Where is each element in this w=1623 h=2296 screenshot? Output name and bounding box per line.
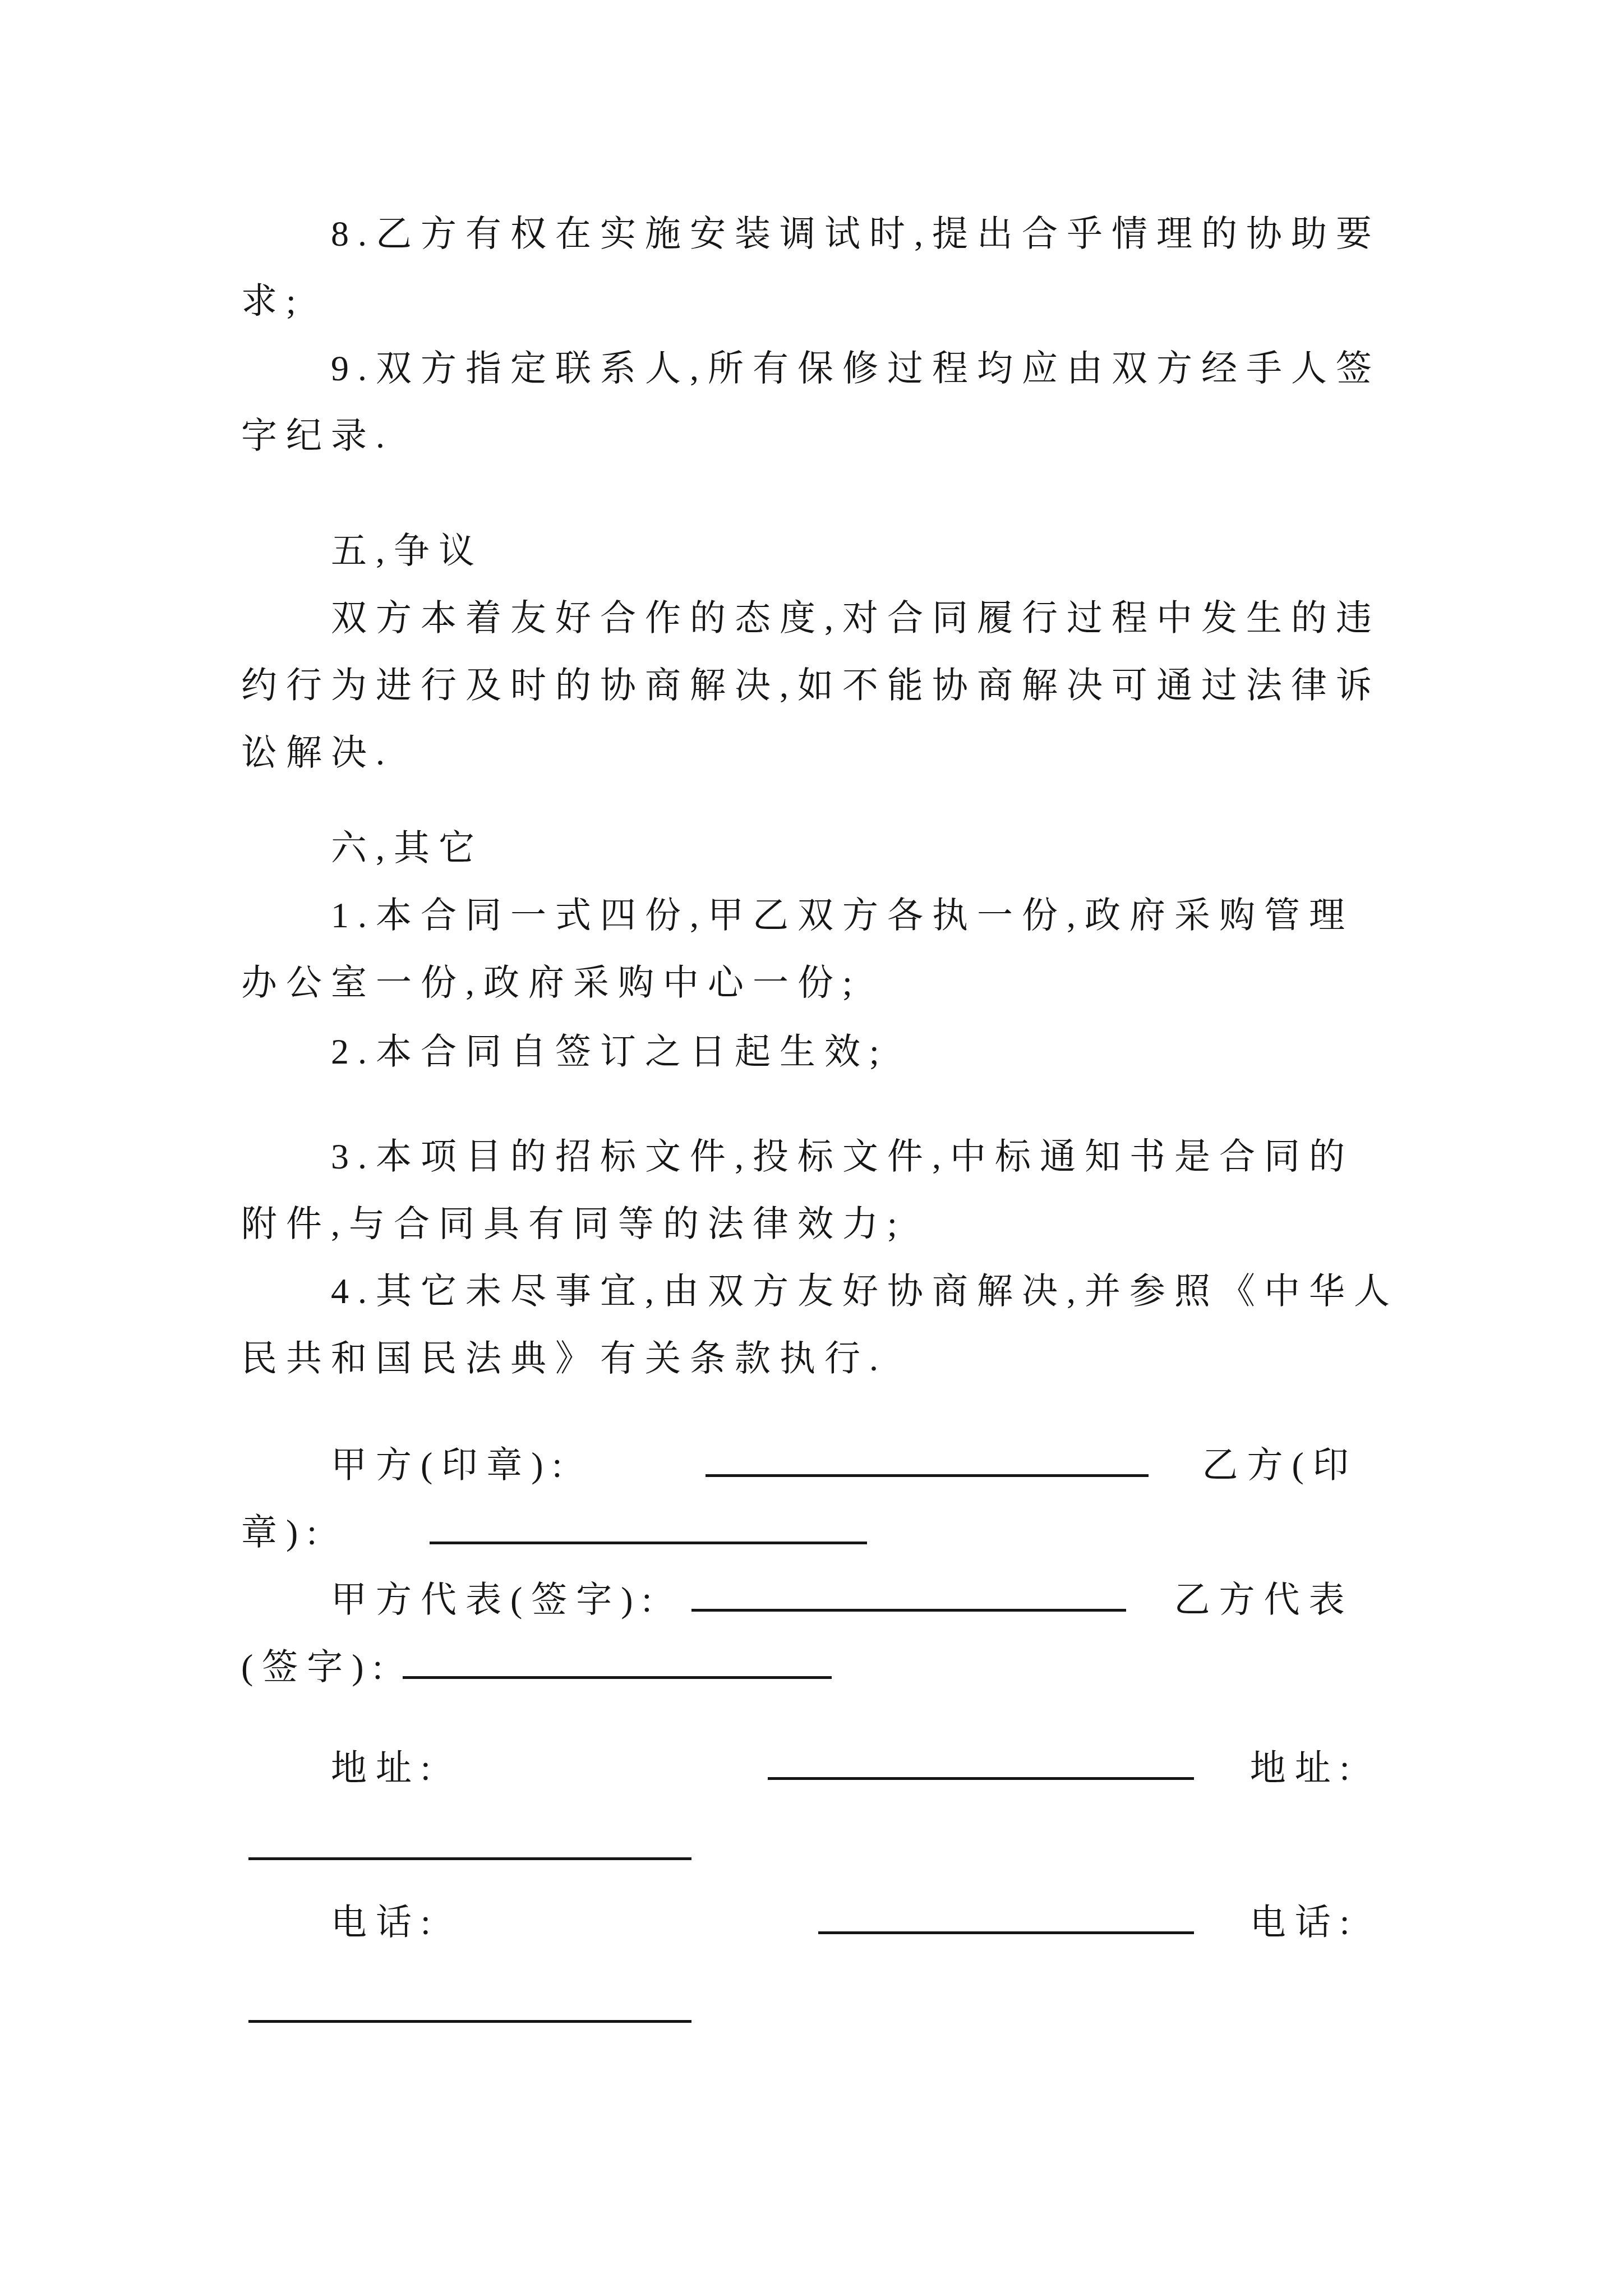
- dispute-para-line-3: 讼解决.: [241, 735, 394, 771]
- clause-8-line-2: 求;: [241, 283, 305, 319]
- party-b-seal-label-end: 章):: [241, 1512, 326, 1552]
- party-a-seal-label: 甲方(印章):: [331, 1445, 571, 1485]
- party-a-phone-blank: [818, 1931, 1194, 1934]
- clause-8-text-cont: 求;: [241, 281, 305, 321]
- spacer: [1126, 1611, 1174, 1612]
- dispute-para-line-1: 双方本着友好合作的态度,对合同履行过程中发生的违: [331, 600, 1381, 636]
- section-5-heading: 五,争议: [331, 533, 483, 569]
- party-b-representative-label-start: 乙方代表: [1174, 1580, 1353, 1619]
- party-b-address-label: 地址:: [1250, 1748, 1359, 1788]
- item-4-line-1: 4.其它未尽事宜,由双方友好协商解决,并参照《中华人: [331, 1273, 1399, 1309]
- party-b-representative-blank: [403, 1676, 832, 1679]
- clause-9-text-cont: 字纪录.: [241, 416, 394, 455]
- party-a-address-blank: [768, 1777, 1194, 1780]
- spacer: [661, 1611, 691, 1612]
- seal-row-line-1: 甲方(印章):乙方(印: [331, 1447, 1358, 1483]
- spacer: [1194, 1934, 1250, 1934]
- item-1-text: 1.本合同一式四份,甲乙双方各执一份,政府采购管理: [331, 895, 1354, 935]
- clause-8-line-1: 8.乙方有权在实施安装调试时,提出合乎情理的协助要: [331, 216, 1381, 252]
- party-a-address-label: 地址:: [331, 1748, 440, 1788]
- party-b-phone-blank-line: [248, 1993, 691, 2029]
- spacer: [571, 1476, 706, 1477]
- dispute-para-line-2: 约行为进行及时的协商解决,如不能协商解决可通过法律诉: [241, 668, 1381, 703]
- item-3-text: 3.本项目的招标文件,投标文件,中标通知书是合同的: [331, 1137, 1354, 1176]
- item-2-line: 2.本合同自签订之日起生效;: [331, 1034, 888, 1070]
- address-row: 地址:地址:: [331, 1750, 1359, 1786]
- spacer: [440, 1779, 768, 1780]
- seal-row-line-2: 章):: [241, 1515, 867, 1550]
- item-1-line-1: 1.本合同一式四份,甲乙双方各执一份,政府采购管理: [331, 898, 1354, 933]
- item-3-line-2: 附件,与合同具有同等的法律效力;: [241, 1206, 906, 1242]
- dispute-text-2: 约行为进行及时的协商解决,如不能协商解决可通过法律诉: [241, 665, 1381, 705]
- representative-row-line-1: 甲方代表(签字):乙方代表: [331, 1582, 1353, 1618]
- party-a-phone-label: 电话:: [331, 1902, 440, 1942]
- item-3-text-cont: 附件,与合同具有同等的法律效力;: [241, 1204, 906, 1244]
- party-b-phone-label: 电话:: [1250, 1902, 1359, 1942]
- party-b-address-blank: [248, 1857, 691, 1860]
- item-4-text: 4.其它未尽事宜,由双方友好协商解决,并参照《中华人: [331, 1271, 1399, 1311]
- spacer: [391, 1678, 403, 1679]
- clause-9-line-2: 字纪录.: [241, 418, 394, 454]
- party-b-seal-blank: [430, 1542, 867, 1544]
- representative-row-line-2: (签字):: [241, 1649, 832, 1685]
- spacer: [1149, 1476, 1202, 1477]
- phone-row: 电话:电话:: [331, 1904, 1359, 1940]
- item-4-text-cont: 民共和国民法典》有关条款执行.: [241, 1338, 887, 1378]
- clause-9-line-1: 9.双方指定联系人,所有保修过程均应由双方经手人签: [331, 351, 1381, 386]
- clause-9-text: 9.双方指定联系人,所有保修过程均应由双方经手人签: [331, 348, 1381, 388]
- dispute-text-1: 双方本着友好合作的态度,对合同履行过程中发生的违: [331, 598, 1381, 638]
- party-b-seal-label-start: 乙方(印: [1202, 1445, 1357, 1485]
- party-a-representative-label: 甲方代表(签字):: [331, 1580, 661, 1619]
- dispute-text-3: 讼解决.: [241, 733, 394, 772]
- party-b-representative-label-end: (签字):: [241, 1647, 391, 1687]
- party-a-representative-blank: [691, 1609, 1126, 1612]
- section-6-title: 六,其它: [331, 828, 483, 868]
- spacer: [326, 1544, 430, 1544]
- item-1-text-cont: 办公室一份,政府采购中心一份;: [241, 963, 861, 1002]
- contract-document-page: 8.乙方有权在实施安装调试时,提出合乎情理的协助要求;9.双方指定联系人,所有保…: [0, 0, 1623, 2296]
- section-6-heading: 六,其它: [331, 830, 483, 866]
- party-b-address-blank-line: [248, 1830, 691, 1866]
- party-a-seal-blank: [706, 1474, 1149, 1477]
- item-3-line-1: 3.本项目的招标文件,投标文件,中标通知书是合同的: [331, 1139, 1354, 1175]
- item-2-text: 2.本合同自签订之日起生效;: [331, 1032, 888, 1071]
- spacer: [440, 1934, 818, 1934]
- item-1-line-2: 办公室一份,政府采购中心一份;: [241, 965, 861, 1001]
- spacer: [1194, 1779, 1250, 1780]
- item-4-line-2: 民共和国民法典》有关条款执行.: [241, 1341, 887, 1377]
- clause-8-text: 8.乙方有权在实施安装调试时,提出合乎情理的协助要: [331, 214, 1381, 254]
- section-5-title: 五,争议: [331, 531, 483, 570]
- party-b-phone-blank: [248, 2020, 691, 2023]
